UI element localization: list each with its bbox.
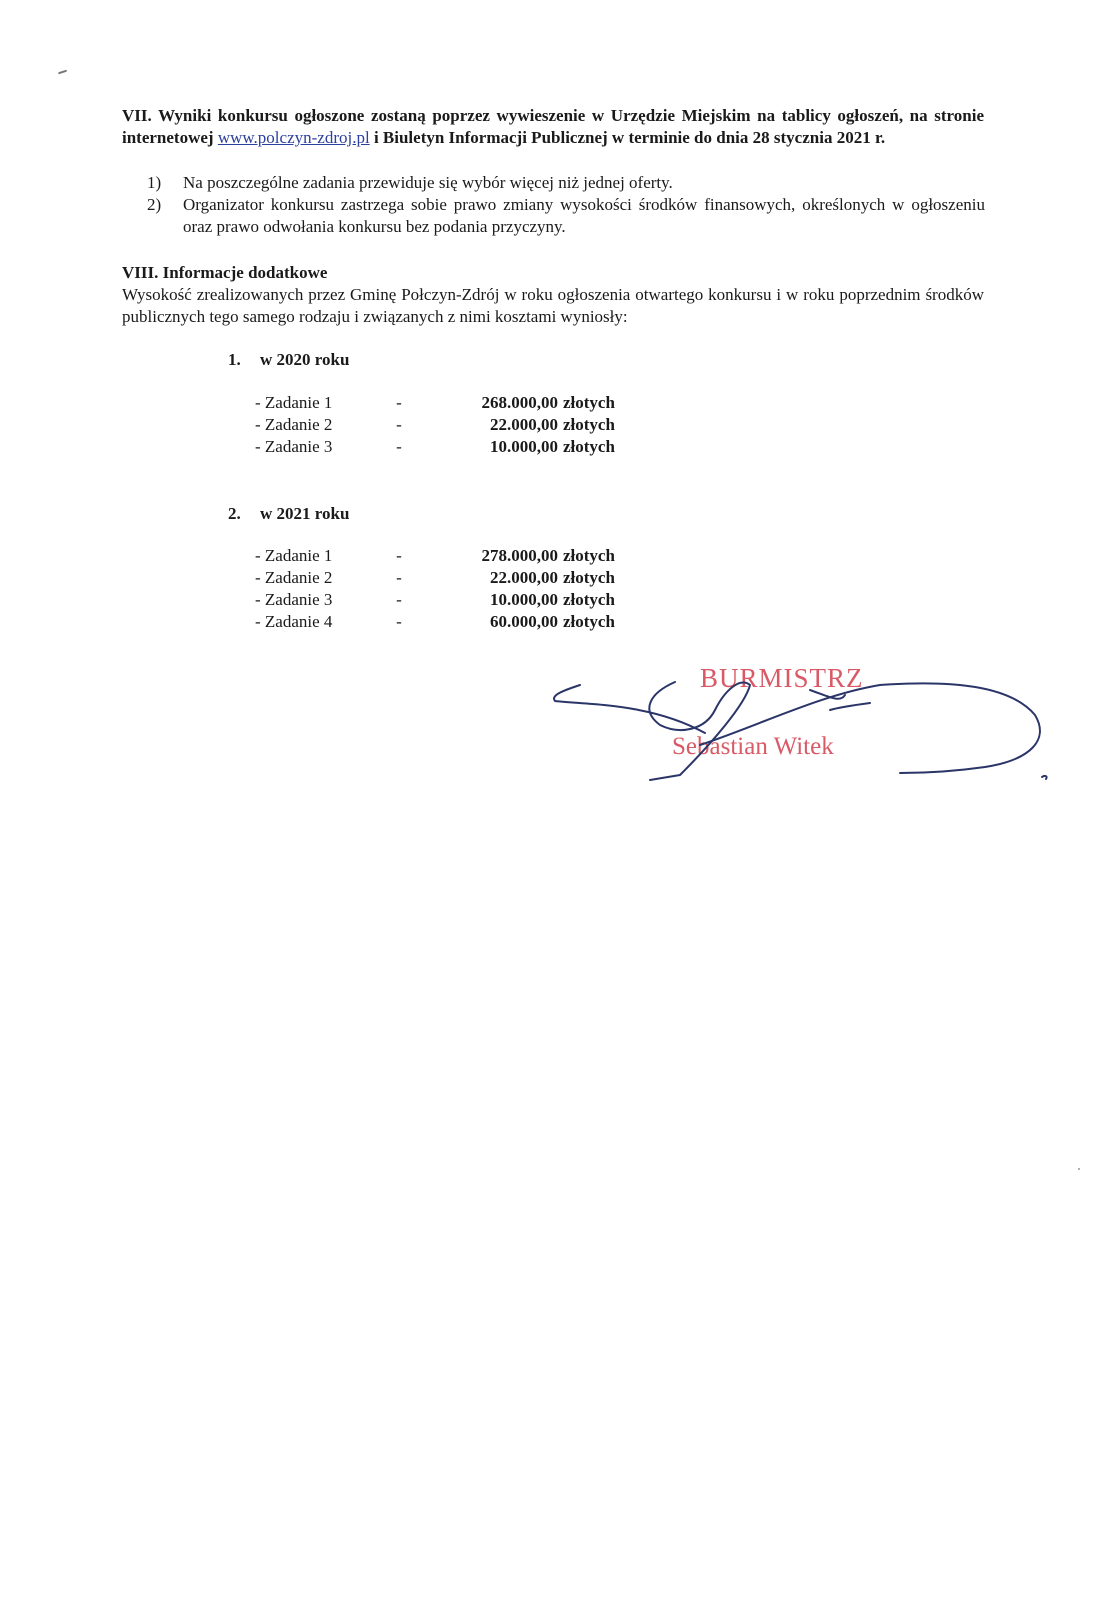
scan-dot [1078, 1168, 1080, 1170]
dash: - [390, 392, 408, 414]
task-label: - Zadanie 3 [255, 589, 390, 611]
amount: 10.000,00 [408, 436, 558, 458]
task-label: - Zadanie 3 [255, 436, 390, 458]
document-page: VII. Wyniki konkursu ogłoszone zostaną p… [0, 0, 1118, 1600]
task-label: - Zadanie 1 [255, 545, 390, 567]
amount-row: - Zadanie 3 - 10.000,00 złotych [255, 589, 615, 611]
section-7-text-end: i Biuletyn Informacji Publicznej w termi… [370, 128, 886, 147]
dash: - [390, 414, 408, 436]
section-8: VIII. Informacje dodatkowe Wysokość zrea… [122, 262, 984, 328]
amount: 22.000,00 [408, 567, 558, 589]
task-label: - Zadanie 2 [255, 567, 390, 589]
year-heading-2021: 2.w 2021 roku [228, 503, 349, 525]
list-item: 2) Organizator konkursu zastrzega sobie … [147, 194, 985, 238]
list-item: 1) Na poszczególne zadania przewiduje si… [147, 172, 985, 194]
amount: 22.000,00 [408, 414, 558, 436]
amount: 10.000,00 [408, 589, 558, 611]
list-item-text: Na poszczególne zadania przewiduje się w… [183, 172, 985, 194]
currency: złotych [563, 567, 615, 589]
handwritten-signature [530, 655, 1070, 795]
amount: 60.000,00 [408, 611, 558, 633]
amount-row: - Zadanie 1 - 268.000,00 złotych [255, 392, 615, 414]
section-7-list: 1) Na poszczególne zadania przewiduje si… [147, 172, 985, 238]
dash: - [390, 589, 408, 611]
amount: 268.000,00 [408, 392, 558, 414]
currency: złotych [563, 436, 615, 458]
dash: - [390, 545, 408, 567]
amounts-2020: - Zadanie 1 - 268.000,00 złotych - Zadan… [255, 392, 615, 458]
amount-row: - Zadanie 2 - 22.000,00 złotych [255, 414, 615, 436]
currency: złotych [563, 392, 615, 414]
section-8-paragraph: Wysokość zrealizowanych przez Gminę Połc… [122, 284, 984, 328]
amount-row: - Zadanie 1 - 278.000,00 złotych [255, 545, 615, 567]
dash: - [390, 567, 408, 589]
currency: złotych [563, 545, 615, 567]
year-label: w 2021 roku [260, 504, 349, 523]
task-label: - Zadanie 4 [255, 611, 390, 633]
amount-row: - Zadanie 3 - 10.000,00 złotych [255, 436, 615, 458]
amount: 278.000,00 [408, 545, 558, 567]
scan-mark [58, 70, 67, 75]
list-item-text: Organizator konkursu zastrzega sobie pra… [183, 194, 985, 238]
dash: - [390, 436, 408, 458]
dash: - [390, 611, 408, 633]
task-label: - Zadanie 2 [255, 414, 390, 436]
list-item-number: 1) [147, 172, 183, 194]
section-8-heading: VIII. Informacje dodatkowe [122, 262, 984, 284]
amounts-2021: - Zadanie 1 - 278.000,00 złotych - Zadan… [255, 545, 615, 633]
task-label: - Zadanie 1 [255, 392, 390, 414]
year-label: w 2020 roku [260, 350, 349, 369]
year-number: 2. [228, 503, 260, 525]
website-link[interactable]: www.polczyn-zdroj.pl [218, 128, 370, 147]
currency: złotych [563, 589, 615, 611]
amount-row: - Zadanie 4 - 60.000,00 złotych [255, 611, 615, 633]
year-heading-2020: 1.w 2020 roku [228, 349, 349, 371]
currency: złotych [563, 611, 615, 633]
year-number: 1. [228, 349, 260, 371]
section-7-heading: VII. Wyniki konkursu ogłoszone zostaną p… [122, 105, 984, 149]
list-item-number: 2) [147, 194, 183, 238]
amount-row: - Zadanie 2 - 22.000,00 złotych [255, 567, 615, 589]
currency: złotych [563, 414, 615, 436]
